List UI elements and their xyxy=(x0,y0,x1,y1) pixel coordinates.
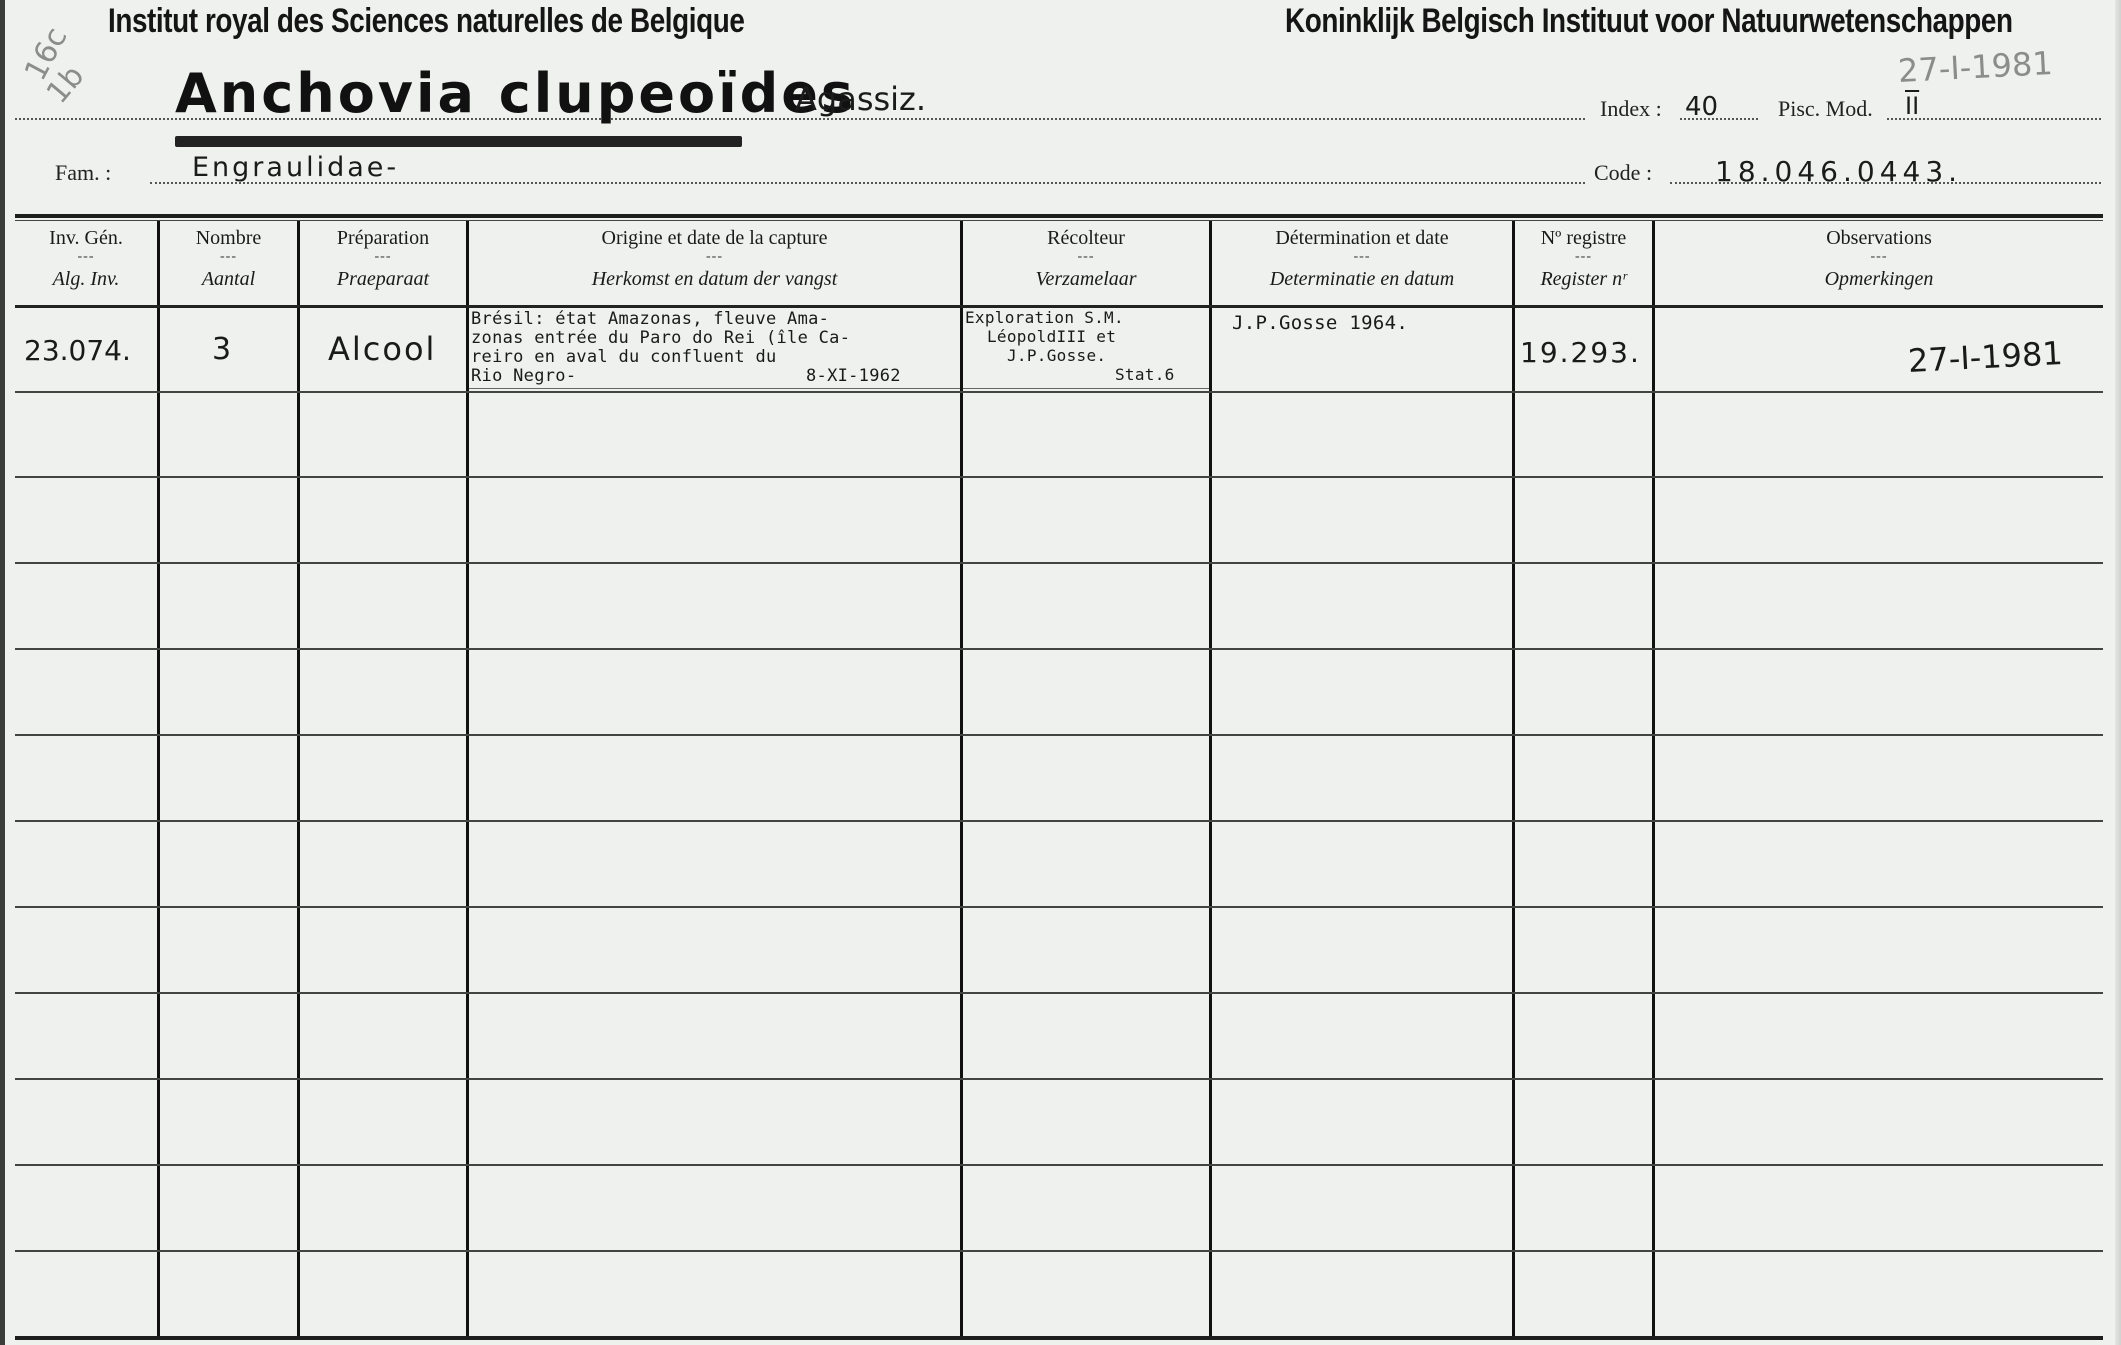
row-rule xyxy=(15,1250,2103,1252)
table-top-rule-thin xyxy=(15,220,2103,221)
origin-line-1: Brésil: état Amazonas, fleuve Ama- xyxy=(471,310,850,329)
cell-origin: Brésil: état Amazonas, fleuve Ama- zonas… xyxy=(471,310,850,386)
row-rule xyxy=(15,648,2103,650)
collector-station: Stat.6 xyxy=(965,365,1175,384)
row-rule xyxy=(15,992,2103,994)
column-header-collector: Récolteur --- Verzamelaar xyxy=(963,222,1209,306)
cell-determination: J.P.Gosse 1964. xyxy=(1232,314,1408,333)
pisc-mod-value: II xyxy=(1905,92,1919,120)
column-header-count: Nombre --- Aantal xyxy=(160,222,297,306)
family-value: Engraulidae- xyxy=(192,152,399,183)
column-header-determination: Détermination et date --- Determinatie e… xyxy=(1212,222,1512,306)
column-divider-7 xyxy=(1652,221,1655,1338)
column-divider-5 xyxy=(1209,221,1212,1338)
origin-line-3: reiro en aval du confluent du xyxy=(471,348,850,367)
code-value: 18.046.0443. xyxy=(1715,155,1962,188)
cell-inv: 23.074. xyxy=(24,334,131,367)
cell-preparation: Alcool xyxy=(328,330,436,368)
index-value: 40 xyxy=(1685,92,1718,122)
origin-underline xyxy=(469,388,960,389)
cell-observations: 27-I-1981 xyxy=(1907,334,2063,380)
origin-date: 8-XI-1962 xyxy=(806,367,901,386)
pencil-date-top: 27-I-1981 xyxy=(1897,44,2053,90)
table-bottom-rule xyxy=(15,1336,2103,1340)
card-left-edge xyxy=(0,0,5,1345)
cell-collector: Exploration S.M. LéopoldIII et J.P.Gosse… xyxy=(965,308,1175,384)
row-rule xyxy=(15,1078,2103,1080)
collector-line-2: LéopoldIII et xyxy=(965,327,1175,346)
collector-line-3: J.P.Gosse. xyxy=(965,346,1175,365)
column-divider-6 xyxy=(1512,221,1515,1338)
species-underline-bar xyxy=(175,136,742,147)
origin-line-4: Rio Negro- 8-XI-1962 xyxy=(471,367,850,386)
species-author: Agassiz. xyxy=(795,80,926,118)
row-rule xyxy=(15,391,2103,393)
index-label: Index : xyxy=(1600,96,1662,122)
family-label: Fam. : xyxy=(55,160,111,186)
column-header-inv: Inv. Gén. --- Alg. Inv. xyxy=(15,222,157,306)
row-rule xyxy=(15,820,2103,822)
origin-line-2: zonas entrée du Paro do Rei (île Ca- xyxy=(471,329,850,348)
collector-underline xyxy=(963,388,1209,389)
pisc-mod-label: Pisc. Mod. xyxy=(1778,96,1873,122)
collector-line-1: Exploration S.M. xyxy=(965,308,1175,327)
table-top-rule xyxy=(15,214,2103,218)
row-rule xyxy=(15,562,2103,564)
institute-title-fr: Institut royal des Sciences naturelles d… xyxy=(108,2,744,41)
row-rule xyxy=(15,476,2103,478)
row-rule xyxy=(15,734,2103,736)
column-header-observations: Observations --- Opmerkingen xyxy=(1655,222,2103,306)
species-name: Anchovia clupeoïdes xyxy=(175,62,856,125)
card-right-edge xyxy=(2115,0,2121,1345)
code-label: Code : xyxy=(1594,160,1652,186)
column-divider-1 xyxy=(157,221,160,1338)
row-rule xyxy=(15,1164,2103,1166)
column-header-register: Nº registre --- Register nʳ xyxy=(1515,222,1652,306)
institute-title-nl: Koninklijk Belgisch Instituut voor Natuu… xyxy=(1285,2,2013,41)
cell-register: 19.293. xyxy=(1520,336,1641,369)
row-rule xyxy=(15,906,2103,908)
column-header-origin: Origine et date de la capture --- Herkom… xyxy=(469,222,960,306)
column-header-preparation: Préparation --- Praeparaat xyxy=(300,222,466,306)
cell-count: 3 xyxy=(212,332,231,367)
column-divider-2 xyxy=(297,221,300,1338)
